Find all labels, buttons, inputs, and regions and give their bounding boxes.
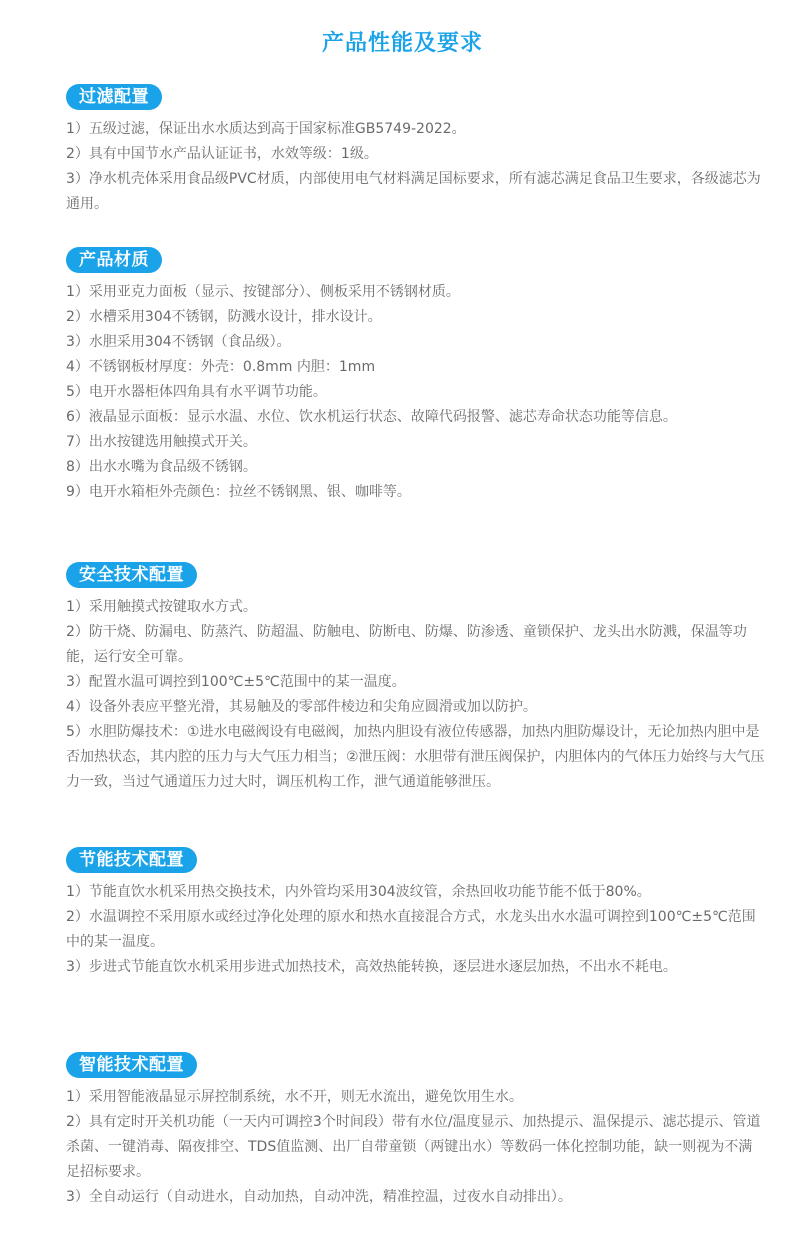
section-energy-saving: 节能技术配置 1）节能直饮水机采用热交换技术，内外管均采用304波纹管，余热回收… xyxy=(66,847,766,980)
list-item: 9）电开水箱柜外壳颜色：拉丝不锈钢黑、银、咖啡等。 xyxy=(66,480,766,505)
list-item: 3）步进式节能直饮水机采用步进式加热技术，高效热能转换，逐层进水逐层加热，不出水… xyxy=(66,955,766,980)
list-item: 3）配置水温可调控到100℃±5℃范围中的某一温度。 xyxy=(66,670,766,695)
list-item: 2）具有中国节水产品认证证书，水效等级：1级。 xyxy=(66,142,766,167)
item-list: 1）采用智能液晶显示屏控制系统，水不开，则无水流出，避免饮用生水。 2）具有定时… xyxy=(66,1085,766,1210)
list-item: 1）采用亚克力面板（显示、按键部分）、侧板采用不锈钢材质。 xyxy=(66,280,766,305)
list-item: 1）节能直饮水机采用热交换技术，内外管均采用304波纹管，余热回收功能节能不低于… xyxy=(66,880,766,905)
list-item: 5）水胆防爆技术：①进水电磁阀设有电磁阀，加热内胆设有液位传感器，加热内胆防爆设… xyxy=(66,720,766,795)
list-item: 4）不锈钢板材厚度：外壳：0.8mm 内胆：1mm xyxy=(66,355,766,380)
section-filtration: 过滤配置 1）五级过滤，保证出水水质达到高于国家标准GB5749-2022。 2… xyxy=(66,84,766,217)
list-item: 1）采用触摸式按键取水方式。 xyxy=(66,595,766,620)
list-item: 3）净水机壳体采用食品级PVC材质，内部使用电气材料满足国标要求，所有滤芯满足食… xyxy=(66,167,766,217)
list-item: 5）电开水器柜体四角具有水平调节功能。 xyxy=(66,380,766,405)
section-heading-badge: 产品材质 xyxy=(66,247,162,273)
section-material: 产品材质 1）采用亚克力面板（显示、按键部分）、侧板采用不锈钢材质。 2）水槽采… xyxy=(66,247,766,505)
item-list: 1）采用亚克力面板（显示、按键部分）、侧板采用不锈钢材质。 2）水槽采用304不… xyxy=(66,280,766,505)
section-safety: 安全技术配置 1）采用触摸式按键取水方式。 2）防干烧、防漏电、防蒸汽、防超温、… xyxy=(66,562,766,795)
list-item: 2）水槽采用304不锈钢，防溅水设计，排水设计。 xyxy=(66,305,766,330)
list-item: 6）液晶显示面板：显示水温、水位、饮水机运行状态、故障代码报警、滤芯寿命状态功能… xyxy=(66,405,766,430)
list-item: 2）具有定时开关机功能（一天内可调控3个时间段）带有水位/温度显示、加热提示、温… xyxy=(66,1110,766,1185)
list-item: 2）水温调控不采用原水或经过净化处理的原水和热水直接混合方式，水龙头出水水温可调… xyxy=(66,905,766,955)
list-item: 3）全自动运行（自动进水，自动加热，自动冲洗，精准控温，过夜水自动排出）。 xyxy=(66,1185,766,1210)
list-item: 8）出水水嘴为食品级不锈钢。 xyxy=(66,455,766,480)
item-list: 1）采用触摸式按键取水方式。 2）防干烧、防漏电、防蒸汽、防超温、防触电、防断电… xyxy=(66,595,766,795)
section-heading-badge: 节能技术配置 xyxy=(66,847,197,873)
section-heading-badge: 过滤配置 xyxy=(66,84,162,110)
section-heading-badge: 智能技术配置 xyxy=(66,1052,197,1078)
page-title: 产品性能及要求 xyxy=(0,26,805,57)
list-item: 4）设备外表应平整光滑，其易触及的零部件棱边和尖角应圆滑或加以防护。 xyxy=(66,695,766,720)
item-list: 1）五级过滤，保证出水水质达到高于国家标准GB5749-2022。 2）具有中国… xyxy=(66,117,766,217)
list-item: 3）水胆采用304不锈钢（食品级）。 xyxy=(66,330,766,355)
section-smart: 智能技术配置 1）采用智能液晶显示屏控制系统，水不开，则无水流出，避免饮用生水。… xyxy=(66,1052,766,1210)
list-item: 1）五级过滤，保证出水水质达到高于国家标准GB5749-2022。 xyxy=(66,117,766,142)
section-heading-badge: 安全技术配置 xyxy=(66,562,197,588)
list-item: 7）出水按键选用触摸式开关。 xyxy=(66,430,766,455)
list-item: 2）防干烧、防漏电、防蒸汽、防超温、防触电、防断电、防爆、防渗透、童锁保护、龙头… xyxy=(66,620,766,670)
list-item: 1）采用智能液晶显示屏控制系统，水不开，则无水流出，避免饮用生水。 xyxy=(66,1085,766,1110)
item-list: 1）节能直饮水机采用热交换技术，内外管均采用304波纹管，余热回收功能节能不低于… xyxy=(66,880,766,980)
